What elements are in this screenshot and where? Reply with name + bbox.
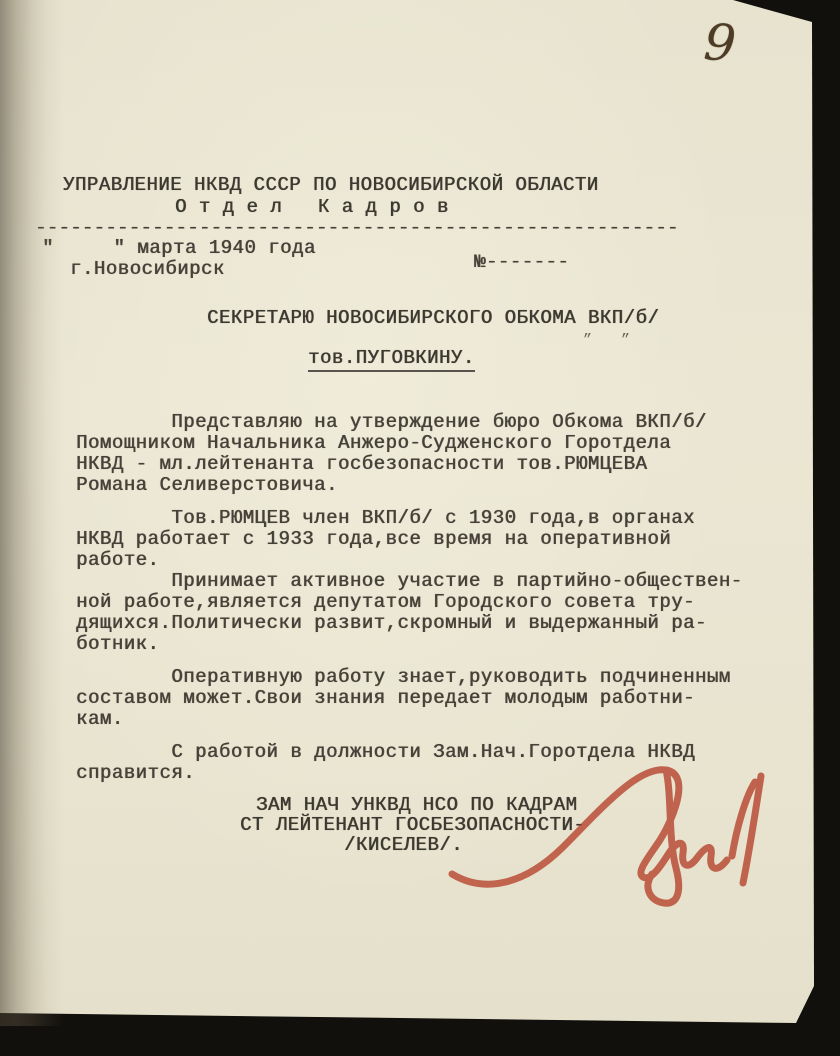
- paragraph-1: Представляю на утверждение бюро Обкома В…: [76, 412, 743, 496]
- addressee-name-text: тов.ПУГОВКИНУ.: [308, 347, 475, 372]
- document-paper: 9 УПРАВЛЕНИЕ НКВД СССР ПО НОВОСИБИРСКОЙ …: [0, 0, 818, 1026]
- paragraph-3: Оперативную работу знает,руководить подч…: [76, 667, 743, 730]
- body-line: составом может.Свои знания передает моло…: [76, 688, 743, 709]
- city-line: г.Новосибирск: [70, 259, 225, 280]
- letterhead-org-line: УПРАВЛЕНИЕ НКВД СССР ПО НОВОСИБИРСКОЙ ОБ…: [63, 175, 599, 196]
- signature-name: /КИСЕЛЕВ/.: [344, 835, 463, 856]
- signature-title-line1: ЗАМ НАЧ УНКВД НСО ПО КАДРАМ: [256, 795, 577, 816]
- paragraph-2: Тов.РЮМЦЕВ член ВКП/б/ с 1930 года,в орг…: [76, 508, 743, 655]
- addressee-line: СЕКРЕТАРЮ НОВОСИБИРСКОГО ОБКОМА ВКП/б/: [207, 308, 659, 329]
- ditto-marks: ” ”: [583, 332, 640, 349]
- scanned-archive-page: { "page": { "number": "9" }, "colors": {…: [0, 0, 840, 1056]
- body-line: Принимает активное участие в партийно-об…: [76, 571, 743, 592]
- body-line: справится.: [76, 763, 743, 784]
- handwritten-page-number: 9: [702, 13, 738, 73]
- body-line: Романа Селиверстовича.: [76, 475, 743, 496]
- body-line: Тов.РЮМЦЕВ член ВКП/б/ с 1930 года,в орг…: [76, 508, 743, 529]
- body-line: кам.: [76, 709, 743, 730]
- document-number-line: №-------: [474, 252, 569, 273]
- body-line: НКВД работает с 1933 года,все время на о…: [76, 529, 743, 550]
- body-line: Помощником Начальника Анжеро-Судженского…: [76, 433, 743, 454]
- body-line: НКВД - мл.лейтенанта госбезопасности тов…: [76, 454, 743, 475]
- letterhead-dept-line: О т д е л К а д р о в: [175, 197, 449, 218]
- paragraph-4: С работой в должности Зам.Нач.Горотдела …: [76, 742, 743, 784]
- body-line: С работой в должности Зам.Нач.Горотдела …: [76, 742, 743, 763]
- date-line: " " марта 1940 года: [42, 238, 316, 259]
- addressee-name: тов.ПУГОВКИНУ.: [308, 348, 475, 369]
- body-line: работе.: [76, 550, 743, 571]
- body-line: дящихся.Политически развит,скромный и вы…: [76, 613, 743, 634]
- letterhead-dashed-rule: ----------------------------------------…: [35, 218, 679, 239]
- body-line: ботник.: [76, 634, 743, 655]
- document-body: Представляю на утверждение бюро Обкома В…: [76, 412, 743, 796]
- body-line: ной работе,является депутатом Городского…: [76, 592, 743, 613]
- body-line: Оперативную работу знает,руководить подч…: [76, 667, 743, 688]
- body-line: Представляю на утверждение бюро Обкома В…: [76, 412, 743, 433]
- signature-title-line2: СТ ЛЕЙТЕНАНТ ГОСБЕЗОПАСНОСТИ-: [240, 815, 585, 836]
